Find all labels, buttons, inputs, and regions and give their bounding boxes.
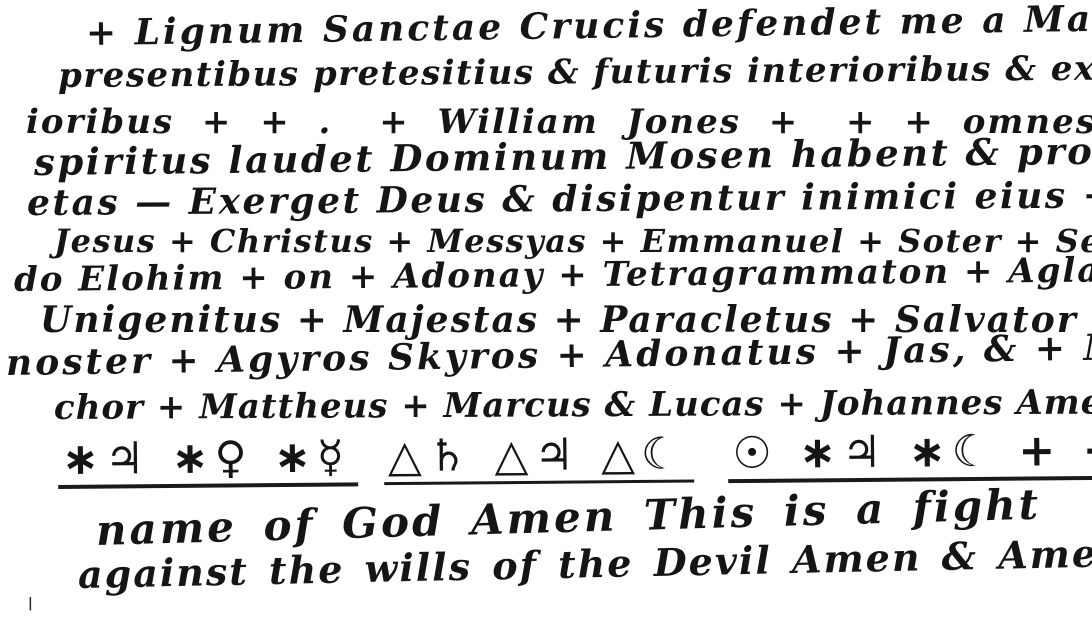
manuscript-line-2: presentibus pretesitius & futuris interi… [58, 48, 1092, 96]
scan-corner-artifact: | [28, 596, 33, 611]
astrological-sigil-group-2: △♄ △♃ △☾ [384, 432, 695, 485]
astrological-sigil-group-3: ☉ ∗♃ ∗☾ + + [728, 429, 1092, 484]
manuscript-line-10: chor + Mattheus + Marcus & Lucas + Johan… [54, 382, 1092, 428]
astrological-sigil-group-1: ∗♃ ∗♀ ∗☿ [58, 435, 358, 489]
manuscript-line-7: do Elohim + on + Adonay + Tetragrammaton… [14, 250, 1092, 300]
manuscript-line-1: + Lignum Sanctae Crucis defendet me a Ma… [86, 0, 1092, 54]
manuscript-line-5: etas — Exerget Deus & disipentur inimici… [27, 174, 1092, 224]
sigil-row: ∗♃ ∗♀ ∗☿△♄ △♃ △☾☉ ∗♃ ∗☾ + +In the [58, 421, 1092, 489]
manuscript-page: + Lignum Sanctae Crucis defendet me a Ma… [0, 0, 1092, 637]
